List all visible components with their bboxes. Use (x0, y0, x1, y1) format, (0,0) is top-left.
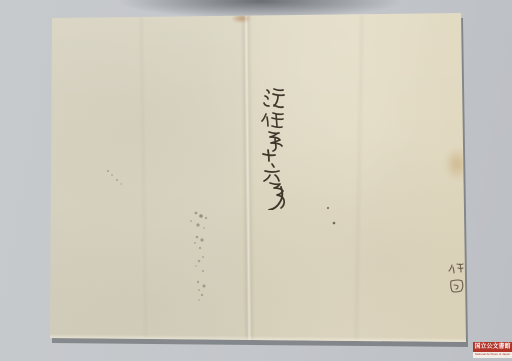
margin-annotation-text: 代司 (0, 0, 1, 1)
archive-watermark-japanese: 国立公文書館 (473, 342, 512, 352)
margin-annotation (446, 261, 466, 294)
document-paper: 法律第十六号ノ 代司 (0, 0, 512, 361)
archive-watermark-english: National Archives of Japan (473, 352, 512, 358)
archive-watermark-english-strip: National Archives of Japan (473, 352, 512, 358)
photo-scene: 法律第十六号ノ 代司 国立公文書館 National Archives of J… (0, 0, 512, 361)
archive-watermark: 国立公文書館 National Archives of Japan (473, 342, 512, 358)
calligraphy-text: 法律第十六号ノ (0, 0, 1, 1)
calligraphy-title (254, 84, 288, 210)
